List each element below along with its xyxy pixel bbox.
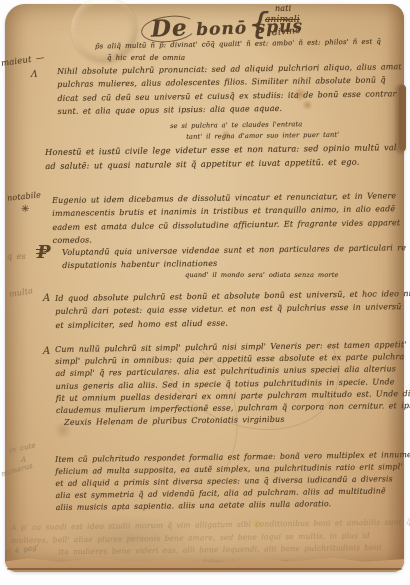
title-option-animali: animali [265, 15, 300, 25]
manuscript-page: De bonō spūs { nati animali divino p̃s a… [5, 4, 404, 572]
margin-note-notabile: notabile [7, 190, 42, 203]
handwriting-line: quand' il mondo sera' odiata senza morte [185, 271, 339, 279]
margin-note-faint: numerus [1, 462, 34, 479]
paragraph-mark-bar [36, 249, 46, 250]
title-initial: De [151, 14, 189, 42]
paragraph-mark-bar [36, 253, 46, 254]
paragraph-voluptas: Voluptandũ quia universae videndae sunt … [62, 241, 406, 272]
margin-letter-a: A [43, 293, 50, 304]
paragraph-couplet: se si pulchra a' te claudes l'entrata ta… [170, 119, 339, 143]
paragraph-honestum: Honestũ et iustũ civile lege videtur ess… [45, 141, 406, 173]
margin-note-faint: in cute [8, 441, 36, 454]
handwriting-line: tant' il regna d'amor suo inter puer tan… [186, 130, 339, 143]
margin-caret-mark: Λ [31, 70, 38, 80]
margin-note-qes: q es [7, 252, 26, 261]
manuscript-photo: De bonō spūs { nati animali divino p̃s a… [0, 0, 410, 585]
embossed-stamp-icon [71, 0, 137, 62]
paragraph-item: Item cũ pulchritudo respondet formalia e… [55, 449, 410, 515]
margin-letter-a: A [43, 346, 50, 357]
subtitle-line: q̃ hic erat de omnia [107, 54, 185, 62]
margin-note-multa: multa [8, 286, 33, 299]
paragraph-idquod: Id quod absolute pulchrũ est bonũ et abs… [55, 287, 410, 332]
asterisk-icon: ✳ [21, 204, 30, 215]
deckle-edge-shadow [7, 568, 402, 570]
title-option-nati: nati [275, 4, 291, 13]
paragraph-cumnullum: Cum nullũ pulchrũ sit simpl' pulchrũ nis… [55, 339, 410, 430]
paragraph-nihil: Nihil absolute pulchrũ pronunciat: sed a… [57, 60, 406, 118]
binding-edge [397, 84, 406, 152]
paragraph-mark-icon: P [37, 242, 51, 263]
paragraph-eugenio: Eugenio ut idem dicebamus de dissolutũ v… [52, 189, 400, 247]
margin-note-maieut: maieut — [1, 53, 46, 69]
subtitle-line: p̃s aliq̃ multũ ñ p̃: divinat' cõq̃ qual… [95, 38, 381, 51]
